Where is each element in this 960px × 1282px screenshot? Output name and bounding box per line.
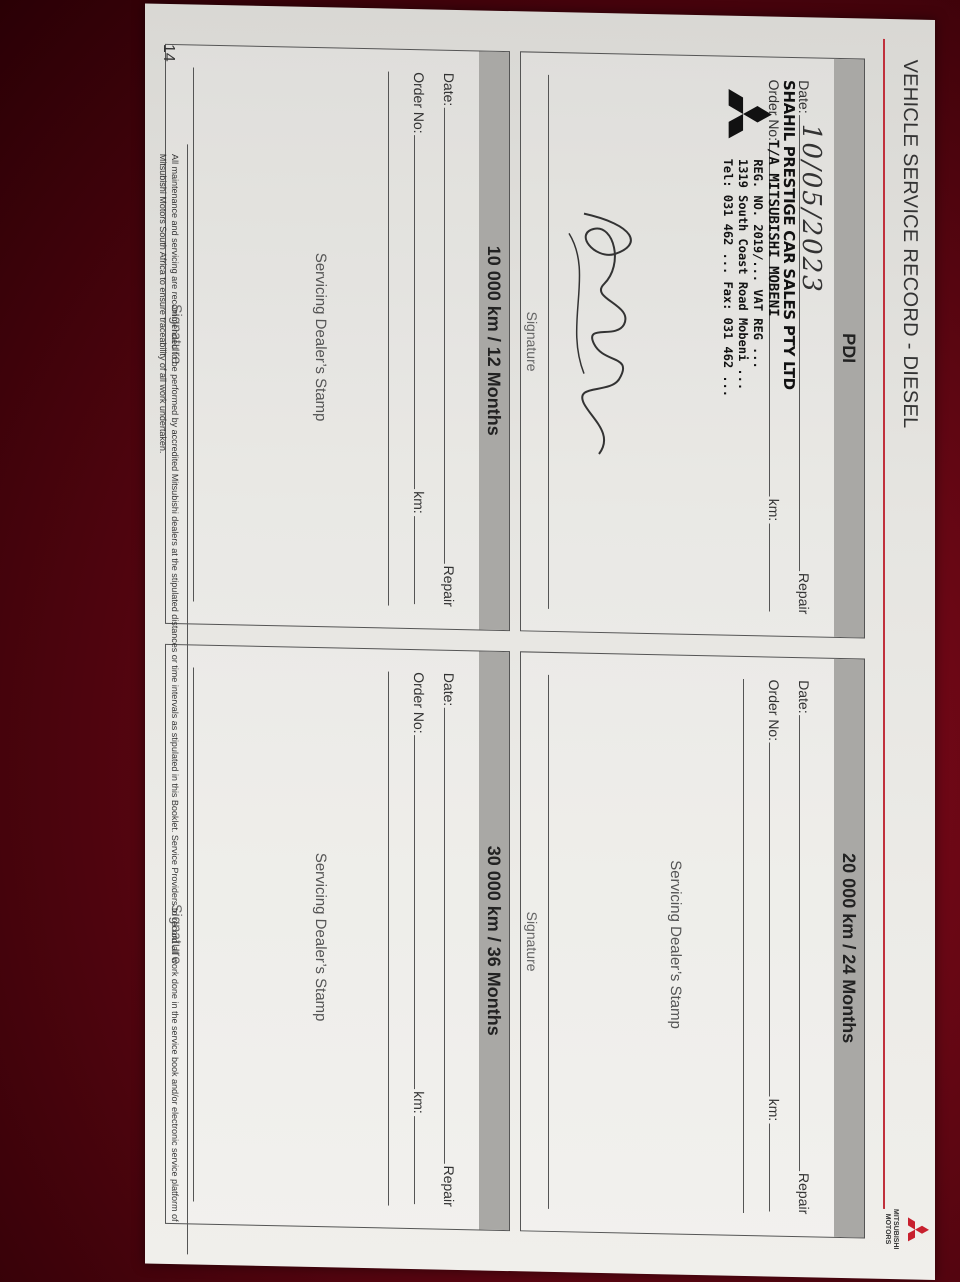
- km-label: km:: [766, 1099, 782, 1122]
- order-no-field[interactable]: [414, 136, 435, 490]
- record-heading: PDI: [834, 59, 864, 638]
- page-title: VEHICLE SERVICE RECORD - DIESEL: [898, 59, 921, 429]
- signature-line[interactable]: [193, 667, 194, 1201]
- signature-label: Signature: [524, 674, 540, 1208]
- km-field[interactable]: [414, 516, 435, 605]
- km-field[interactable]: [414, 1116, 435, 1205]
- stamp-label: Servicing Dealer’s Stamp: [312, 70, 329, 604]
- date-field[interactable]: 10/05/2023: [799, 116, 820, 572]
- repair-label: Repair: [441, 1165, 457, 1207]
- order-row: Order No: km:: [766, 679, 796, 1214]
- repair-label: Repair: [796, 573, 812, 615]
- handwritten-date: 10/05/2023: [796, 124, 826, 294]
- order-no-label: Order No:: [411, 72, 427, 134]
- page-number: 14: [159, 44, 177, 62]
- record-box-pdi: PDI Date: 10/05/2023 Repair Order No: km…: [520, 51, 865, 638]
- date-label: Date:: [441, 73, 457, 107]
- km-field[interactable]: [769, 1123, 790, 1212]
- stamp-label: Servicing Dealer’s Stamp: [667, 677, 684, 1211]
- header-accent-line: [883, 39, 885, 1209]
- stamp-line: [743, 679, 744, 1213]
- order-no-field[interactable]: [769, 743, 790, 1097]
- order-no-field[interactable]: [414, 736, 435, 1090]
- order-row: Order No: km:: [411, 72, 441, 607]
- date-row: Date: Repair: [441, 673, 471, 1208]
- order-row: Order No: km:: [411, 672, 441, 1207]
- record-heading: 10 000 km / 12 Months: [479, 51, 509, 630]
- date-field[interactable]: [799, 716, 820, 1172]
- brand-name-line1: MITSUBISHI: [891, 1199, 899, 1259]
- record-box-20000km: 20 000 km / 24 Months Date: Repair Order…: [520, 651, 865, 1238]
- stamp-label: Servicing Dealer’s Stamp: [312, 670, 329, 1204]
- km-field[interactable]: [769, 523, 790, 612]
- repair-label: Repair: [796, 1173, 812, 1215]
- service-booklet-page: VEHICLE SERVICE RECORD - DIESEL MITSUBIS…: [145, 3, 935, 1280]
- order-no-label: Order No:: [411, 672, 427, 734]
- date-row: Date: 10/05/2023 Repair: [796, 80, 826, 615]
- handwritten-signature: [544, 203, 654, 465]
- mitsubishi-logo: MITSUBISHI MOTORS: [883, 1199, 929, 1260]
- km-label: km:: [411, 491, 427, 514]
- footer-note: All maintenance and servicing are recomm…: [157, 154, 181, 1225]
- date-row: Date: Repair: [441, 73, 471, 608]
- stamp-line: [388, 672, 389, 1206]
- record-box-30000km: 30 000 km / 36 Months Date: Repair Order…: [165, 644, 510, 1231]
- date-field[interactable]: [444, 108, 465, 564]
- record-heading: 20 000 km / 24 Months: [834, 659, 864, 1238]
- repair-label: Repair: [441, 565, 457, 607]
- dealer-name: SHAHIL PRESTIGE CAR SALES PTY LTD: [780, 80, 798, 520]
- stamp-line: [388, 72, 389, 606]
- record-box-10000km: 10 000 km / 12 Months Date: Repair Order…: [165, 44, 510, 631]
- date-label: Date:: [796, 80, 812, 114]
- footer-divider: [187, 144, 188, 1254]
- brand-name-line2: MOTORS: [883, 1199, 891, 1259]
- signature-line[interactable]: [548, 675, 549, 1209]
- date-label: Date:: [796, 680, 812, 714]
- three-diamonds-icon: [899, 1212, 929, 1247]
- record-heading: 30 000 km / 36 Months: [479, 651, 509, 1230]
- order-no-label: Order No:: [766, 679, 782, 741]
- date-field[interactable]: [444, 708, 465, 1164]
- signature-line[interactable]: [193, 67, 194, 601]
- date-label: Date:: [441, 673, 457, 707]
- km-label: km:: [411, 1091, 427, 1114]
- date-row: Date: Repair: [796, 680, 826, 1215]
- signature-label: Signature: [524, 74, 540, 608]
